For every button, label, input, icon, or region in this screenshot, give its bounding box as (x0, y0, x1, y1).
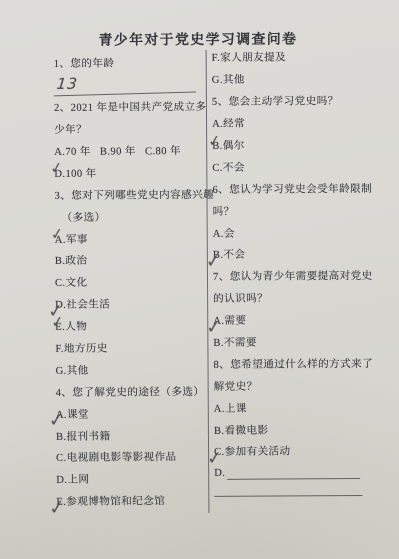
answer-line: 13 (54, 74, 204, 97)
line-text: C.文化 (55, 275, 88, 290)
option-item: A.会 (213, 221, 393, 244)
option-item: B.政治 (55, 249, 205, 272)
line-text: （多选） (62, 209, 106, 224)
column-divider-line (206, 50, 210, 513)
line-text: 1、您的年龄 (54, 56, 115, 71)
line-text: F.家人朋友提及 (212, 50, 287, 65)
option-item: C.电视剧电影等影视作品 (56, 446, 206, 469)
blank-answer-line (214, 484, 394, 507)
question-text: 的认识吗？ (213, 287, 393, 310)
option-item: E.参观博物馆和纪念馆✓ (56, 490, 206, 513)
handwritten-answer: 13 (56, 75, 79, 93)
question-text: 解党史？ (214, 374, 394, 397)
line-text: C.不会 (212, 160, 245, 175)
blank-option-line: D. (214, 462, 394, 485)
survey-content: 青少年对于党史学习调查问卷 1、您的年龄132、2021 年是中国共产党成立多少… (0, 0, 399, 559)
option-item: A.上课 (214, 396, 394, 419)
line-text: 4、您了解党史的途径（多选） (56, 384, 205, 400)
option-item: D.上网 (56, 468, 206, 491)
line-text: B.不需要 (213, 335, 257, 350)
option-item: C.不会 (212, 155, 392, 178)
question-text: （多选） (55, 205, 205, 228)
line-text: A.军事 (55, 231, 88, 246)
line-text: E.人物 (55, 319, 87, 334)
option-item: F.家人朋友提及 (212, 46, 392, 69)
line-text: F.地方历史 (55, 341, 108, 356)
option-item: A.70 年 B.90 年 C.80 年 (54, 140, 204, 163)
line-text: B.看微电影 (214, 422, 269, 437)
line-text: A.经常 (212, 116, 245, 131)
line-text: B.政治 (55, 253, 88, 268)
line-text: 的认识吗？ (213, 291, 268, 306)
line-text: A.上课 (214, 400, 247, 415)
question-text: 5、您会主动学习党史吗？ (212, 90, 392, 113)
question-text: 吗？ (213, 199, 393, 222)
line-text: 解党史？ (214, 378, 258, 393)
line-text: B.报刊书籍 (56, 428, 111, 443)
line-text: A.需要 (213, 313, 246, 328)
option-item: D.社会生活✓ (55, 293, 205, 316)
line-text: 6、您认为学习党史会受年龄限制 (212, 181, 372, 197)
question-text: 2、2021 年是中国共产党成立多 (54, 96, 204, 119)
line-text: D.上网 (56, 472, 89, 487)
line-text: 8、您希望通过什么样的方式来了 (213, 356, 373, 372)
option-item: C.文化 (55, 271, 205, 294)
option-item: E.人物✓ (55, 315, 205, 338)
line-text: G.其他 (56, 363, 89, 378)
line-text: C.电视剧电影等影视作品 (56, 450, 177, 466)
option-item: C.参加有关活动✓ (214, 440, 394, 463)
line-text: 7、您认为青少年需要提高对党史 (213, 268, 373, 284)
column-left: 1、您的年龄132、2021 年是中国共产党成立多少年？A.70 年 B.90 … (54, 52, 207, 513)
option-item: G.其他 (212, 68, 392, 91)
option-item: A.需要✓ (213, 309, 393, 332)
answer-underline (214, 495, 362, 497)
survey-paper: 青少年对于党史学习调查问卷 1、您的年龄132、2021 年是中国共产党成立多少… (0, 0, 399, 559)
line-text: B.不会 (213, 247, 246, 262)
line-text: D.100 年 (54, 166, 96, 181)
line-text: B.偶尔 (212, 138, 245, 153)
option-item: B.不会✓ (213, 243, 393, 266)
line-text: A.70 年 B.90 年 C.80 年 (54, 143, 181, 159)
line-text: 吗？ (213, 203, 235, 218)
option-item: B.不需要 (213, 330, 393, 353)
line-text: A.课堂 (56, 406, 89, 421)
question-text: 3、您对下列哪些党史内容感兴趣 (54, 183, 204, 206)
option-item: B.报刊书籍 (56, 424, 206, 447)
question-text: 7、您认为青少年需要提高对党史 (213, 265, 393, 288)
line-text: D.社会生活 (55, 297, 110, 312)
line-text: 5、您会主动学习党史吗？ (212, 93, 339, 109)
answer-underline (227, 478, 360, 480)
column-right: F.家人朋友提及G.其他5、您会主动学习党史吗？A.经常B.偶尔✓C.不会6、您… (212, 46, 395, 507)
line-text: E.参观博物馆和纪念馆 (56, 493, 165, 509)
option-item: A.课堂✓ (56, 402, 206, 425)
option-item: G.其他 (55, 358, 205, 381)
question-text: 少年？ (54, 118, 204, 141)
question-text: 8、您希望通过什么样的方式来了 (213, 352, 393, 375)
option-item: F.地方历史 (55, 337, 205, 360)
line-text: 少年？ (54, 122, 87, 137)
option-item: A.军事✓ (55, 227, 205, 250)
option-item: B.偶尔✓ (212, 133, 392, 156)
option-item: D.100 年✓ (54, 161, 204, 184)
question-text: 6、您认为学习党史会受年龄限制 (212, 177, 392, 200)
option-item: A.经常 (212, 111, 392, 134)
line-text: 3、您对下列哪些党史内容感兴趣 (54, 187, 214, 203)
line-text: A.会 (213, 225, 235, 240)
question-text: 4、您了解党史的途径（多选） (56, 380, 206, 403)
line-text: 2、2021 年是中国共产党成立多 (54, 99, 207, 115)
line-text: C.参加有关活动 (214, 444, 291, 459)
question-text: 1、您的年龄 (54, 52, 204, 75)
line-text: D. (214, 468, 225, 479)
option-item: B.看微电影 (214, 418, 394, 441)
line-text: G.其他 (212, 72, 245, 87)
